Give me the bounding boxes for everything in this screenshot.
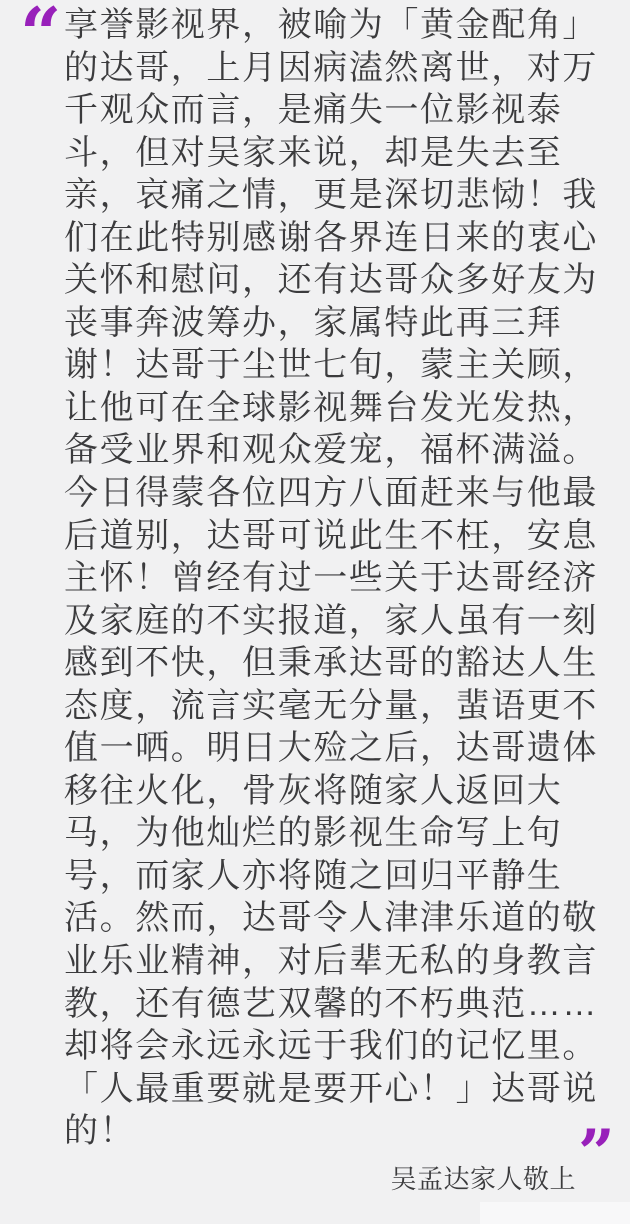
text-line: 及家庭的不实报道，家人虽有一刻 (64, 600, 609, 643)
signature: 吴孟达家人敬上 (390, 1164, 576, 1194)
text-line: 主怀！曾经有过一些关于达哥经济 (64, 557, 609, 600)
text-line: 感到不快，但秉承达哥的豁达人生 (64, 642, 609, 685)
text-line: 备受业界和观众爱宠，福杯满溢。 (64, 429, 609, 472)
text-line: 谢！达哥于尘世七旬，蒙主关顾， (64, 344, 609, 387)
memorial-statement-page: “ 享誉影视界，被喻为「黄金配角」的达哥，上月因病溘然离世，对万千观众而言，是痛… (0, 0, 630, 1224)
text-line: 丧事奔波筹办，家属特此再三拜 (64, 302, 609, 345)
text-line: 们在此特别感谢各界连日来的衷心 (64, 217, 609, 260)
text-line: 业乐业精神，对后辈无私的身教言 (64, 940, 609, 983)
text-line: 今日得蒙各位四方八面赶来与他最 (64, 472, 609, 515)
text-line: 斗，但对吴家来说，却是失去至 (64, 132, 609, 175)
text-line: 的！ (64, 1110, 609, 1153)
text-line: 号，而家人亦将随之回归平静生 (64, 855, 609, 898)
text-line: 值一哂。明日大殓之后，达哥遗体 (64, 727, 609, 770)
statement-text: 享誉影视界，被喻为「黄金配角」的达哥，上月因病溘然离世，对万千观众而言，是痛失一… (64, 4, 609, 1153)
text-line: 教，还有德艺双馨的不朽典范…… (64, 983, 609, 1026)
opening-quote-icon: “ (20, 0, 61, 70)
text-line: 关怀和慰问，还有达哥众多好友为 (64, 259, 609, 302)
text-line: 却将会永远永远于我们的记忆里。 (64, 1025, 609, 1068)
text-line: 享誉影视界，被喻为「黄金配角」 (64, 4, 609, 47)
text-line: 的达哥，上月因病溘然离世，对万 (64, 47, 609, 90)
text-line: 活。然而，达哥令人津津乐道的敬 (64, 897, 609, 940)
text-line: 让他可在全球影视舞台发光发热， (64, 387, 609, 430)
text-line: 「人最重要就是要开心！」达哥说 (64, 1068, 609, 1111)
text-line: 亲，哀痛之情，更是深切悲恸！我 (64, 174, 609, 217)
text-line: 移往火化，骨灰将随家人返回大 (64, 770, 609, 813)
text-line: 态度，流言实毫无分量，蜚语更不 (64, 685, 609, 728)
closing-quote-icon: ” (578, 1122, 615, 1186)
text-line: 后道别，达哥可说此生不枉，安息 (64, 515, 609, 558)
text-line: 千观众而言，是痛失一位影视泰 (64, 89, 609, 132)
text-line: 马，为他灿烂的影视生命写上句 (64, 812, 609, 855)
corner-highlight (480, 1202, 630, 1224)
